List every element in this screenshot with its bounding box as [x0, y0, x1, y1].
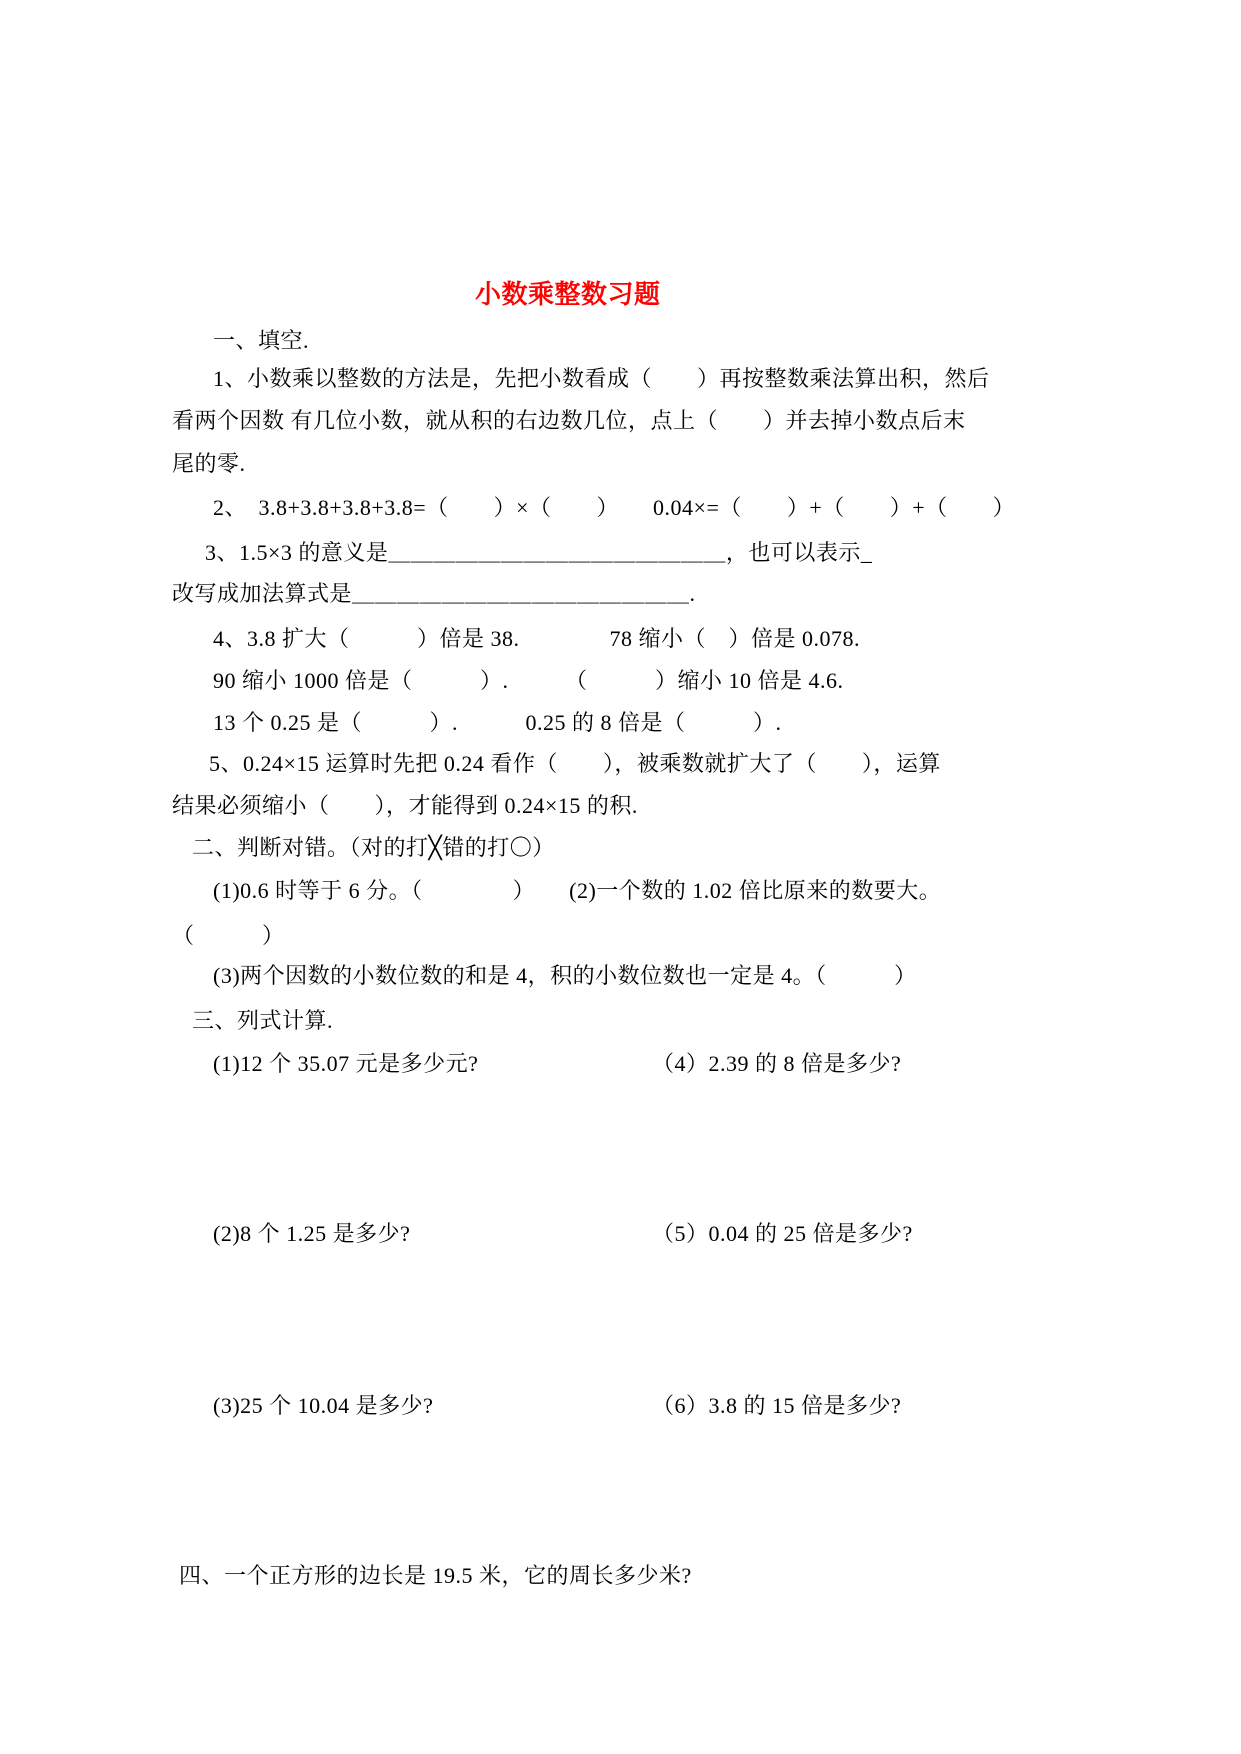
calc-item-3: (3)25 个 10.04 是多少?	[213, 1392, 433, 1420]
calc-item-2: (2)8 个 1.25 是多少?	[213, 1220, 410, 1248]
question-3-line-1: 3、1.5×3 的意义是＿＿＿＿＿＿＿＿＿＿＿＿＿＿＿，也可以表示_	[205, 539, 872, 567]
question-4-line-1: 4、3.8 扩大（ ）倍是 38. 78 缩小（ ）倍是 0.078.	[213, 625, 860, 653]
calc-item-4: （4）2.39 的 8 倍是多少?	[652, 1050, 901, 1078]
calc-item-1: (1)12 个 35.07 元是多少元?	[213, 1050, 478, 1078]
worksheet-page: 小数乘整数习题 一、填空. 1、小数乘以整数的方法是，先把小数看成（ ）再按整数…	[0, 0, 1241, 1754]
judge-items-1-2: (1)0.6 时等于 6 分。（ ） (2)一个数的 1.02 倍比原来的数要大…	[213, 877, 941, 905]
question-1-line-3: 尾的零.	[172, 450, 246, 478]
question-5-line-2: 结果必须缩小（ ），才能得到 0.24×15 的积.	[172, 792, 638, 820]
section-2-heading: 二、判断对错。（对的打╳错的打〇）	[192, 834, 555, 862]
question-4-line-3: 13 个 0.25 是（ ）. 0.25 的 8 倍是（ ）.	[213, 709, 782, 737]
calc-item-5: （5）0.04 的 25 倍是多少?	[652, 1220, 913, 1248]
question-1-line-2: 看两个因数 有几位小数，就从积的右边数几位，点上（ ）并去掉小数点后末	[172, 407, 966, 435]
worksheet-title: 小数乘整数习题	[475, 274, 661, 311]
question-1-line-1: 1、小数乘以整数的方法是，先把小数看成（ ）再按整数乘法算出积，然后	[213, 365, 990, 393]
question-4-line-2: 90 缩小 1000 倍是（ ）. （ ）缩小 10 倍是 4.6.	[213, 667, 844, 695]
question-3-line-2: 改写成加法算式是＿＿＿＿＿＿＿＿＿＿＿＿＿＿＿.	[172, 580, 696, 608]
judge-item-2-continuation: （ ）	[172, 922, 285, 950]
section-3-heading: 三、列式计算.	[192, 1007, 333, 1035]
question-5-line-1: 5、0.24×15 运算时先把 0.24 看作（ ），被乘数就扩大了（ ），运算	[209, 750, 941, 778]
calc-item-6: （6）3.8 的 15 倍是多少?	[652, 1392, 901, 1420]
judge-item-3: (3)两个因数的小数位数的和是 4，积的小数位数也一定是 4。（ ）	[213, 962, 917, 990]
question-2: 2、 3.8+3.8+3.8+3.8=（ ）×（ ） 0.04×=（ ）+（ ）…	[213, 494, 1015, 522]
section-1-heading: 一、填空.	[213, 327, 309, 355]
section-4-question: 四、一个正方形的边长是 19.5 米，它的周长多少米?	[179, 1562, 692, 1590]
